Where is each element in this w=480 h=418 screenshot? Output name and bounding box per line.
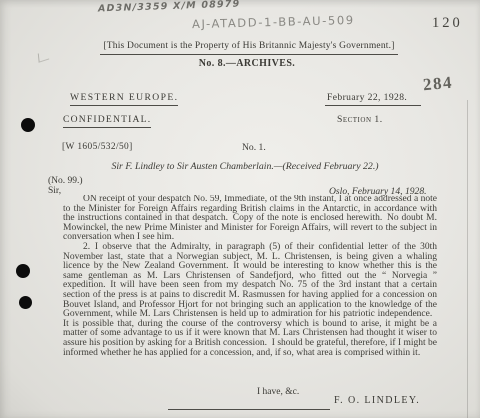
property-banner: [This Document is the Property of His Br… bbox=[0, 35, 480, 55]
despatch-item-number: No. 1. bbox=[242, 142, 266, 153]
classification-label: CONFIDENTIAL. bbox=[63, 114, 151, 125]
region-heading-text: WESTERN EUROPE. bbox=[70, 92, 178, 106]
region-heading: WESTERN EUROPE. bbox=[70, 92, 178, 103]
despatch-number: (No. 99.) bbox=[48, 176, 83, 186]
section-label: Section 1. bbox=[337, 114, 383, 125]
signature: F. O. LINDLEY. bbox=[334, 395, 420, 406]
salutation: Sir, bbox=[48, 186, 61, 196]
despatch-title: Sir F. Lindley to Sir Austen Chamberlain… bbox=[10, 161, 480, 172]
scanned-document-page: AD3N/3359 X/M 08979 AJ-ATADD-1-BB-AU-509… bbox=[0, 0, 480, 418]
header-date: February 22, 1928. bbox=[325, 92, 421, 103]
handwritten-registry-annotation: AD3N/3359 X/M 08979 bbox=[98, 0, 241, 14]
archives-heading: No. 8.—ARCHIVES. bbox=[14, 58, 480, 69]
hole-punch-dot-2 bbox=[16, 264, 30, 278]
folio-page-number: 120 bbox=[432, 15, 463, 32]
page-edge-scan-line bbox=[467, 100, 468, 418]
header-date-text: February 22, 1928. bbox=[325, 92, 421, 106]
hole-punch-dot-1 bbox=[21, 118, 35, 132]
folio-stamp-number: 284 bbox=[422, 73, 454, 96]
classification-text: CONFIDENTIAL. bbox=[63, 114, 151, 128]
handwritten-archive-reference: AJ-ATADD-1-BB-AU-509 bbox=[192, 13, 355, 31]
closing-rule bbox=[168, 409, 330, 410]
hole-punch-dot-3 bbox=[19, 296, 32, 309]
body-paragraph-1: ON receipt of your despatch No. 59, Imme… bbox=[63, 195, 437, 243]
property-banner-text: [This Document is the Property of His Br… bbox=[100, 41, 397, 55]
body-paragraph-2: 2. I observe that the Admiralty, in para… bbox=[63, 243, 437, 358]
despatch-body: ON receipt of your despatch No. 59, Imme… bbox=[63, 195, 437, 388]
valediction: I have, &c. bbox=[257, 387, 299, 397]
registry-reference: [W 1605/532/50] bbox=[62, 142, 133, 152]
